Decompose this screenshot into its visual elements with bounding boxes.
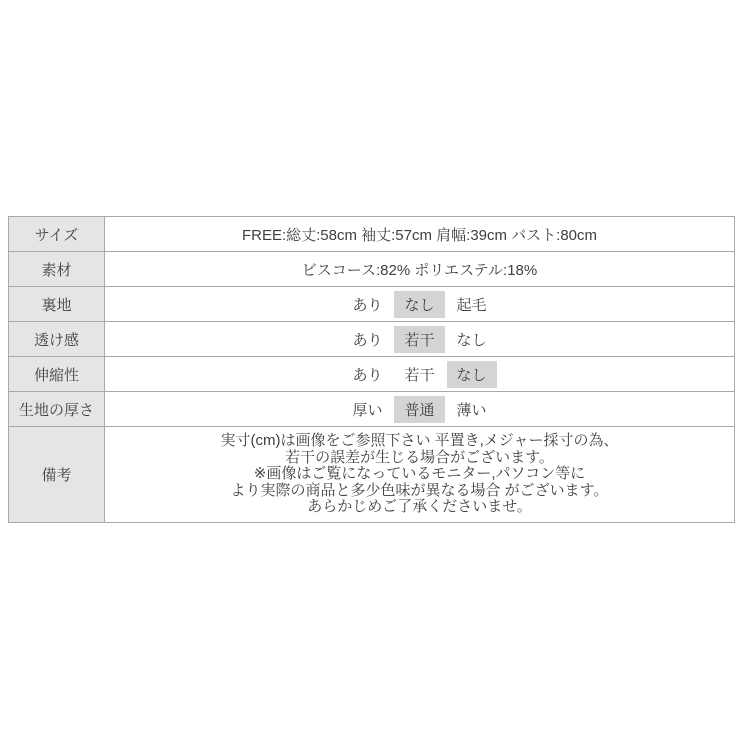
row-label-stretch: 伸縮性 (9, 357, 105, 392)
option-thickness-0: 厚い (342, 396, 392, 423)
product-spec-table: サイズFREE:総丈:58cm 袖丈:57cm 肩幅:39cm バスト:80cm… (8, 216, 735, 523)
row-value-sheerness: あり若干なし (105, 322, 735, 357)
row-label-thickness: 生地の厚さ (9, 392, 105, 427)
remarks-line-4: あらかじめご了承くださいませ。 (105, 499, 734, 516)
row-value-size: FREE:総丈:58cm 袖丈:57cm 肩幅:39cm バスト:80cm (105, 217, 735, 252)
spec-row-lining: 裏地ありなし起毛 (9, 287, 735, 322)
row-value-stretch: あり若干なし (105, 357, 735, 392)
option-stretch-0: あり (342, 361, 392, 388)
option-stretch-2-selected: なし (447, 361, 497, 388)
option-thickness-1-selected: 普通 (394, 396, 444, 423)
option-stretch-1: 若干 (394, 361, 444, 388)
option-lining-2: 起毛 (447, 291, 497, 318)
row-value-material: ビスコース:82% ポリエステル:18% (105, 252, 735, 287)
row-value-lining: ありなし起毛 (105, 287, 735, 322)
row-value-thickness: 厚い普通薄い (105, 392, 735, 427)
remarks-line-3: より実際の商品と多少色味が異なる場合 がございます。 (105, 483, 734, 500)
row-label-material: 素材 (9, 252, 105, 287)
spec-row-remarks: 備考実寸(cm)は画像をご参照下さい 平置き,メジャー採寸の為、若干の誤差が生じ… (9, 427, 735, 523)
remarks-line-2: ※画像はご覧になっているモニター,パソコン等に (105, 466, 734, 483)
remarks-line-1: 若干の誤差が生じる場合がございます。 (105, 450, 734, 467)
row-value-remarks: 実寸(cm)は画像をご参照下さい 平置き,メジャー採寸の為、若干の誤差が生じる場… (105, 427, 735, 523)
remarks-line-0: 実寸(cm)は画像をご参照下さい 平置き,メジャー採寸の為、 (105, 433, 734, 450)
option-sheerness-1-selected: 若干 (394, 326, 444, 353)
spec-row-size: サイズFREE:総丈:58cm 袖丈:57cm 肩幅:39cm バスト:80cm (9, 217, 735, 252)
row-label-sheerness: 透け感 (9, 322, 105, 357)
spec-row-material: 素材ビスコース:82% ポリエステル:18% (9, 252, 735, 287)
spec-row-stretch: 伸縮性あり若干なし (9, 357, 735, 392)
spec-row-sheerness: 透け感あり若干なし (9, 322, 735, 357)
row-label-remarks: 備考 (9, 427, 105, 523)
row-label-size: サイズ (9, 217, 105, 252)
spec-row-thickness: 生地の厚さ厚い普通薄い (9, 392, 735, 427)
option-sheerness-2: なし (447, 326, 497, 353)
row-label-lining: 裏地 (9, 287, 105, 322)
option-sheerness-0: あり (342, 326, 392, 353)
option-lining-0: あり (342, 291, 392, 318)
option-lining-1-selected: なし (394, 291, 444, 318)
option-thickness-2: 薄い (447, 396, 497, 423)
